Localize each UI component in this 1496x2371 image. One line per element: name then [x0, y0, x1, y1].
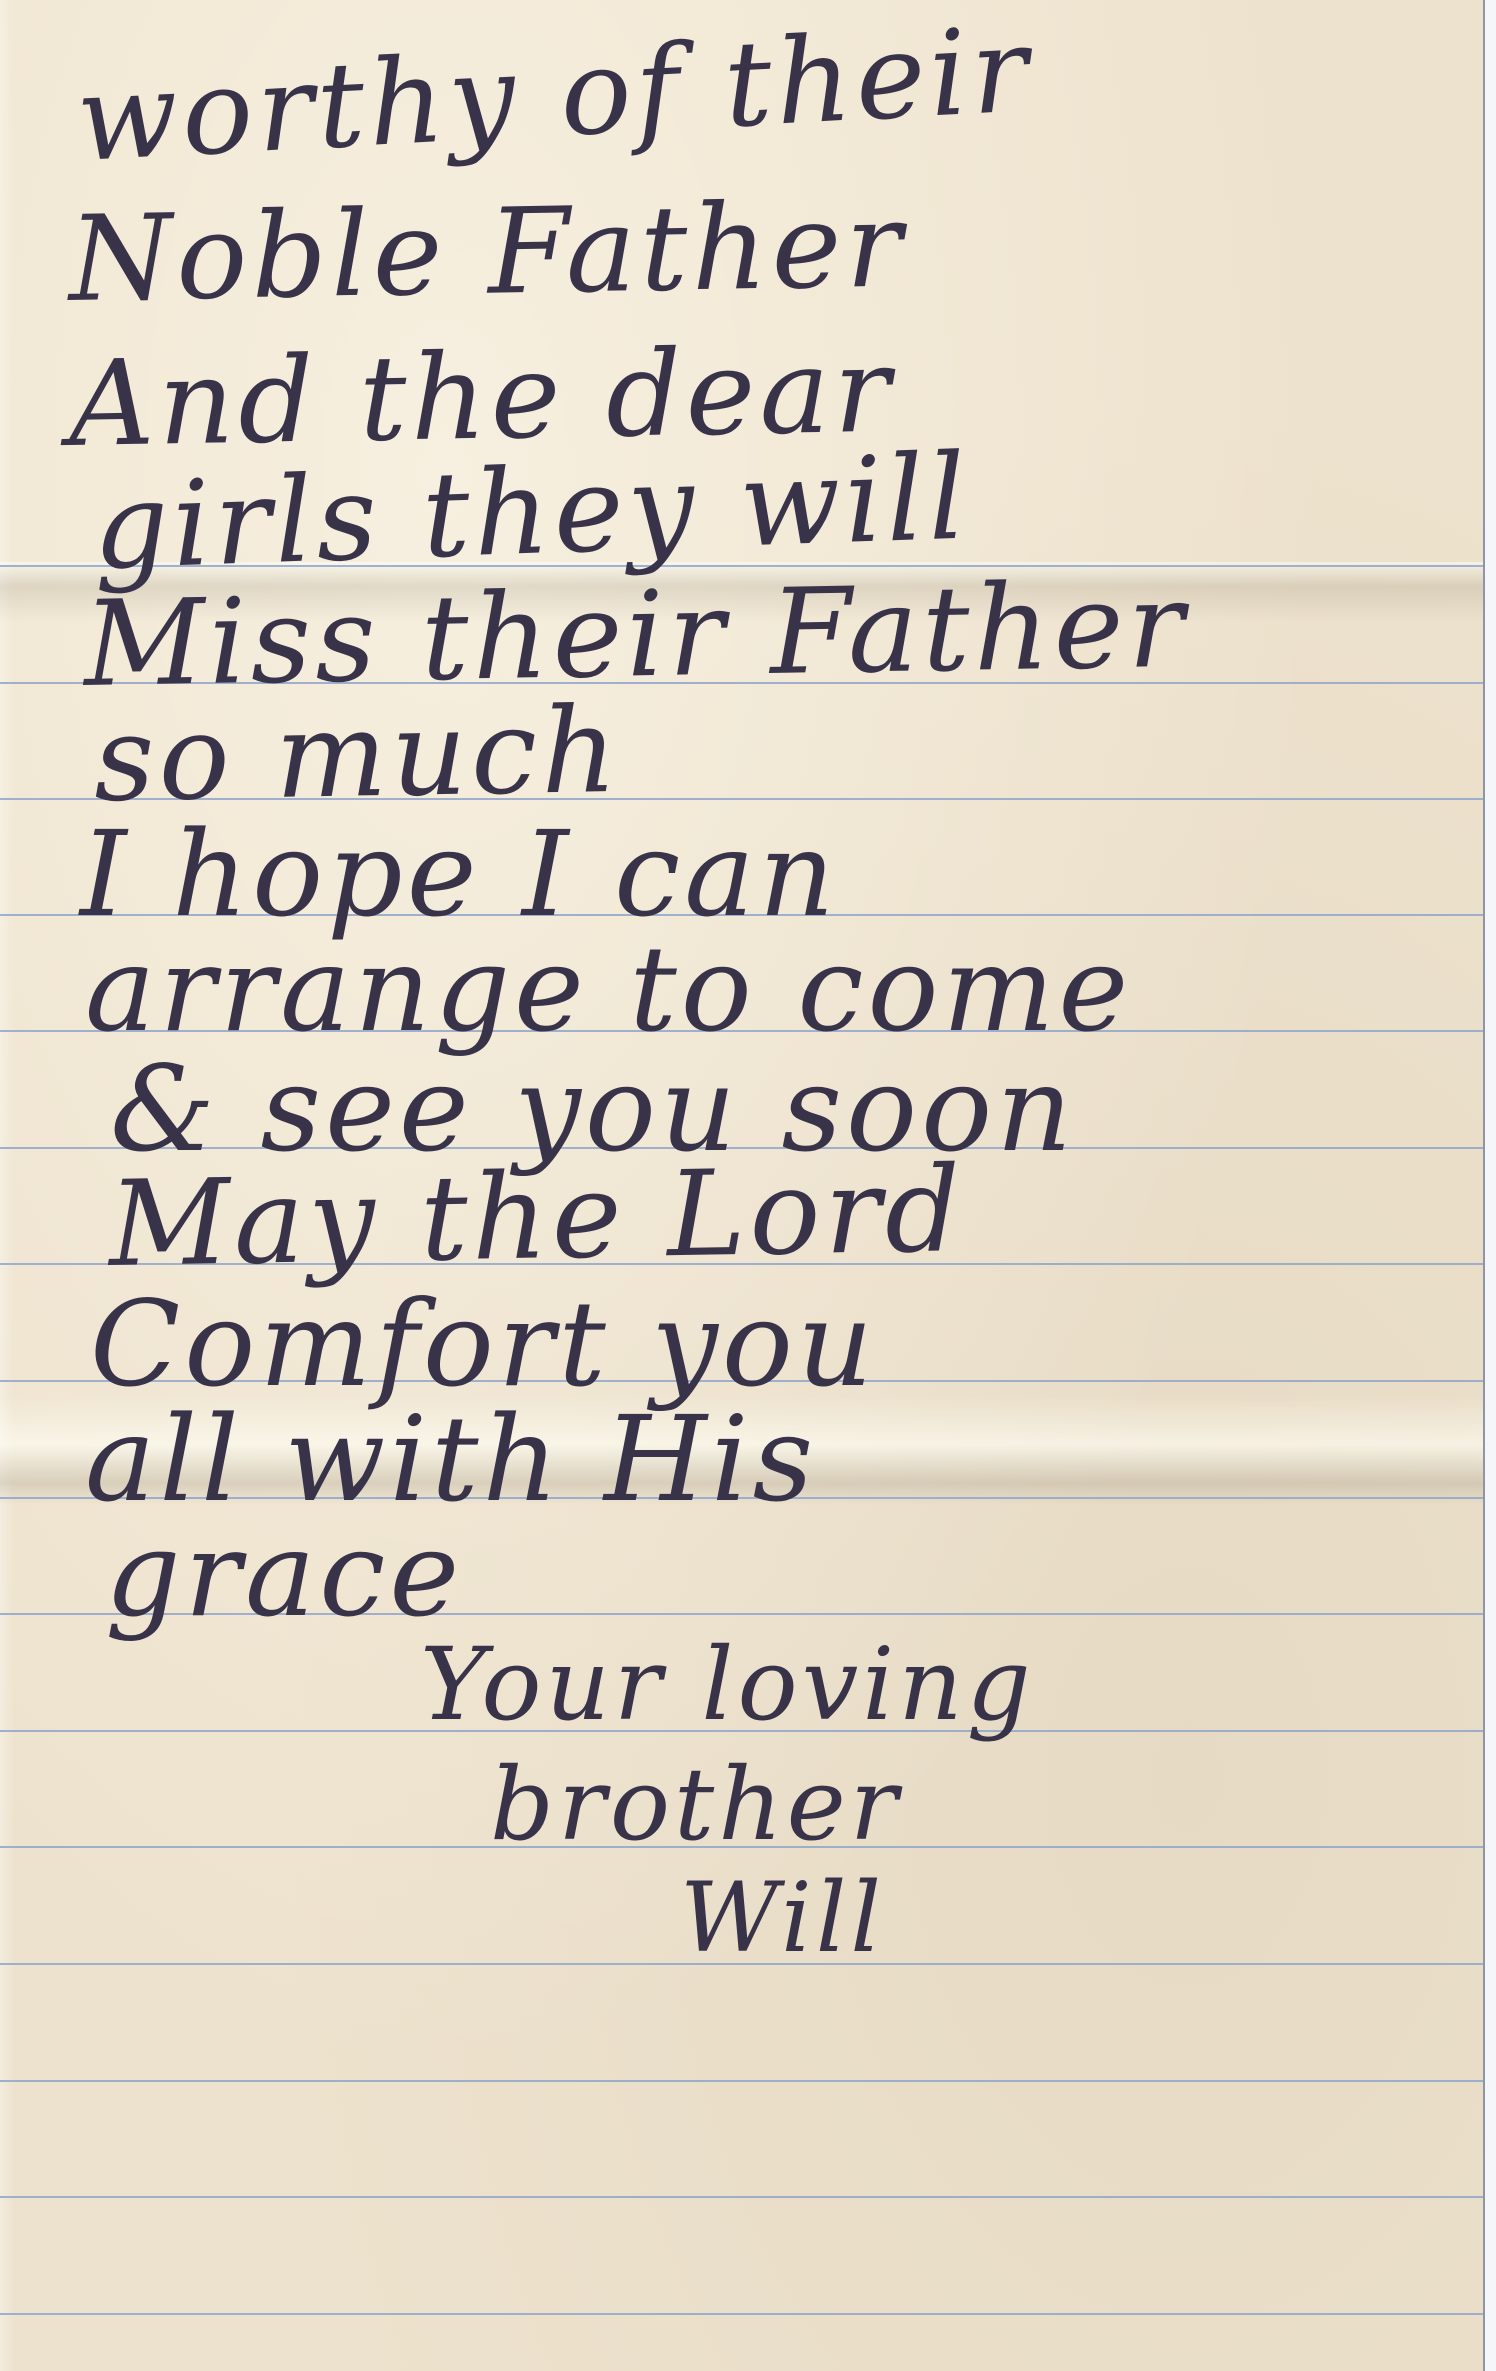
closing-line: Your loving	[420, 1635, 1035, 1735]
letter-line: Comfort you	[90, 1285, 877, 1403]
letter-line: worthy of their	[74, 10, 1035, 178]
letter-line: Miss their Father	[83, 566, 1189, 703]
ruled-line	[0, 2196, 1483, 2198]
letter-line: I hope I can	[80, 815, 839, 933]
letter-line: Noble Father	[68, 185, 907, 318]
letter-line: all with His	[85, 1400, 817, 1518]
closing-line: brother	[490, 1755, 902, 1855]
letter-line: grace	[105, 1515, 463, 1633]
ruled-line	[0, 2313, 1483, 2315]
ruled-line	[0, 2080, 1483, 2082]
letter-line: so much	[93, 691, 622, 818]
letter-line: May the Lord	[108, 1150, 965, 1283]
letter-line: arrange to come	[85, 930, 1132, 1048]
letter-page: worthy of their Noble Father And the dea…	[0, 0, 1485, 2371]
signature: Will	[680, 1870, 885, 1966]
paper-edge	[0, 0, 14, 2371]
